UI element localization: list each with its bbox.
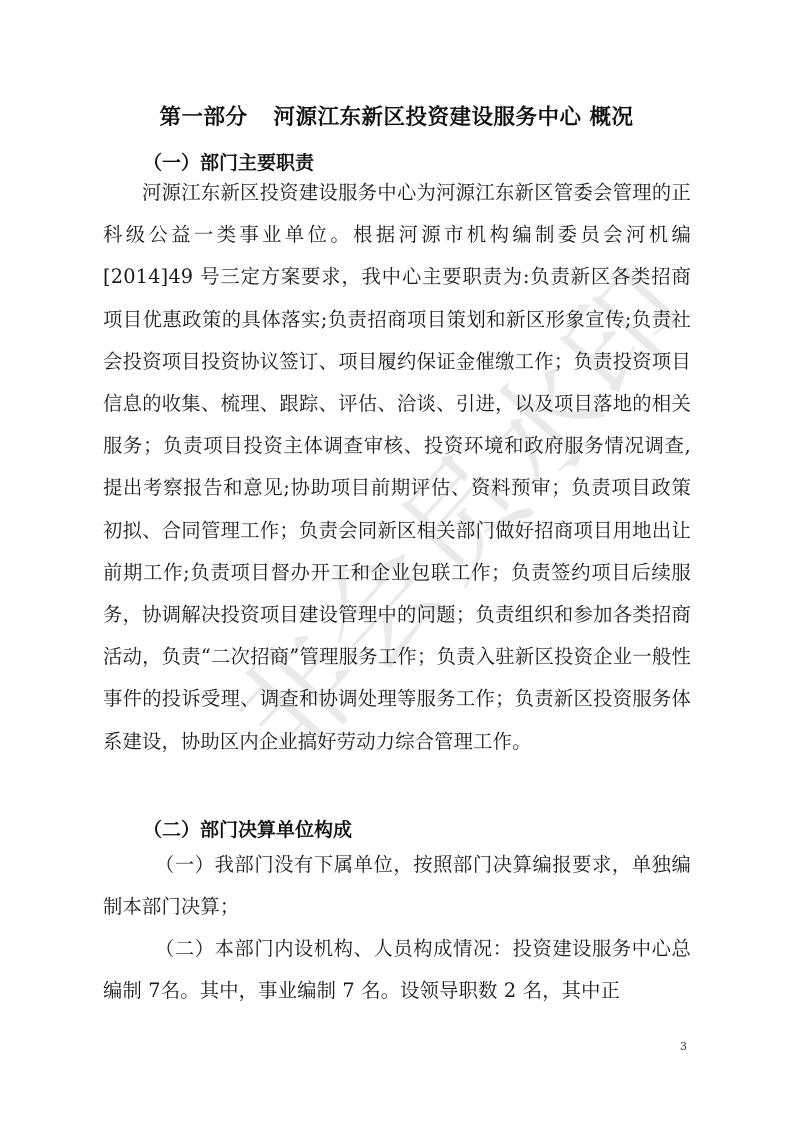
title-name: 河源江东新区投资建设服务中心 概况 [274, 105, 634, 130]
units-paragraph-1: （一）我部门没有下属单位，按照部门决算编报要求，单独编制本部门决算； [103, 844, 691, 928]
units-paragraph-2: （二）本部门内设机构、人员构成情况：投资建设服务中心总编制 7名。其中，事业编制… [103, 928, 691, 1012]
page-title: 第一部分河源江东新区投资建设服务中心 概况 [0, 100, 793, 131]
duties-paragraph: 河源江东新区投资建设服务中心为河源江东新区管委会管理的正科级公益一类事业单位。根… [103, 172, 691, 763]
section-heading-units: （二）部门决算单位构成 [143, 815, 352, 842]
section-heading-duties: （一）部门主要职责 [143, 148, 314, 175]
page-number: 3 [680, 1040, 687, 1053]
document-page: 非会员水印 第一部分河源江东新区投资建设服务中心 概况 （一）部门主要职责 河源… [0, 0, 793, 1122]
title-part: 第一部分 [159, 105, 247, 130]
